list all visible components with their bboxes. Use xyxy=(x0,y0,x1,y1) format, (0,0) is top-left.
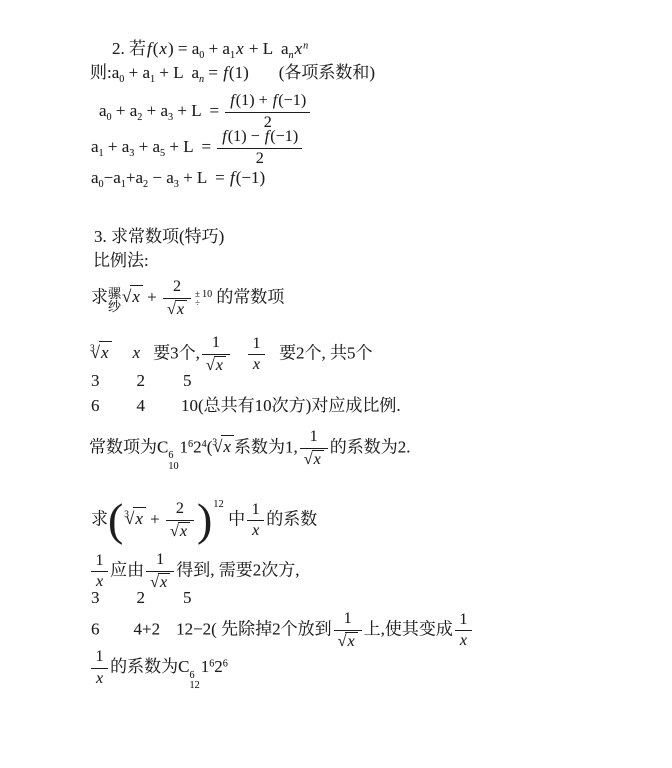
math-text: + L = xyxy=(179,168,229,187)
fraction-numerator: 1 xyxy=(202,334,230,355)
math-text: 1 xyxy=(201,657,210,676)
line-odd-coefficient-sum: a1 + a3 + a5 + L = f(1) − f(−1)2 xyxy=(91,128,304,168)
fraction-numerator: 1 xyxy=(455,611,472,632)
math-radical: √x xyxy=(170,522,190,542)
math-variable: x xyxy=(131,287,141,306)
math-text: +a xyxy=(126,168,143,187)
garbled-glyph: 骡 xyxy=(108,287,121,300)
fraction-denominator: √x xyxy=(166,521,194,542)
math-text: 3 xyxy=(91,588,100,607)
problem1-conclusion: 常数项为C6101624(3√x系数为1,1√x的系数为2. xyxy=(89,428,410,473)
math-text: 1 xyxy=(212,334,220,351)
math-text: − a xyxy=(148,168,174,187)
math-radical: √x xyxy=(122,285,143,307)
problem2-ratio-row-1: 325 xyxy=(91,587,192,608)
math-text: + xyxy=(146,509,164,528)
math-variable: x xyxy=(294,39,304,58)
math-text: 5 xyxy=(183,588,192,607)
fraction-denominator: x xyxy=(248,355,265,375)
math-variable: x xyxy=(215,357,224,374)
math-text: + a xyxy=(104,137,130,156)
radicand: x xyxy=(312,450,324,470)
math-text: 10(总共有10次方)对应成比例. xyxy=(181,396,401,415)
problem1-ratio-row-2: 6410(总共有10次方)对应成比例. xyxy=(91,395,401,416)
fraction-denominator: √x xyxy=(334,631,362,652)
math-sub-superscript: 612 xyxy=(190,671,200,692)
math-fraction: 1x xyxy=(455,611,472,651)
math-text: = xyxy=(204,63,222,82)
problem1-ratio-row-1: 325 xyxy=(91,370,192,391)
math-variable: x xyxy=(459,632,468,649)
math-sub-superscript: 610 xyxy=(168,451,178,472)
math-fraction: f(1) + f(−1)2 xyxy=(225,92,310,132)
paren-content: 3√x + 2√x xyxy=(124,500,196,541)
subscript-part: 10 xyxy=(168,462,178,473)
math-subscript: n xyxy=(289,50,294,61)
math-fraction: 1x xyxy=(248,335,265,375)
math-radical: 3√x xyxy=(90,341,112,363)
line-even-coefficient-sum: a0 + a2 + a3 + L = f(1) + f(−1)2 xyxy=(99,92,312,132)
fraction-denominator: √x xyxy=(300,449,328,470)
math-text: + L = xyxy=(173,101,223,120)
math-variable: x xyxy=(176,301,185,318)
math-text: 2 xyxy=(137,588,146,607)
math-text: 2 xyxy=(214,657,223,676)
math-superscript: 12 xyxy=(213,498,224,511)
math-text: 1 xyxy=(252,335,260,352)
math-text: 12−2( 先除掉2个放到 xyxy=(176,619,332,638)
math-text: a xyxy=(99,101,107,120)
math-text: 5 xyxy=(183,371,192,390)
math-text: 的常数项 xyxy=(212,287,284,306)
math-superscript: 10 xyxy=(202,289,212,300)
fraction-numerator: 1 xyxy=(91,552,108,573)
radicand: x xyxy=(133,507,146,529)
math-text: + a xyxy=(204,39,230,58)
fraction-numerator: f(1) − f(−1) xyxy=(217,128,302,149)
math-text: (各项系数和) xyxy=(279,63,375,82)
math-variable: x xyxy=(235,39,245,58)
fraction-denominator: √x xyxy=(202,355,230,376)
method-label: 比例法: xyxy=(93,250,149,271)
math-text: 1 xyxy=(96,648,104,665)
fraction-denominator: x xyxy=(91,669,108,689)
fraction-numerator: 1 xyxy=(146,551,174,572)
left-paren: ( xyxy=(108,502,123,539)
math-text: + a xyxy=(124,63,150,82)
math-fraction: 2√x xyxy=(166,500,194,541)
fraction-numerator: 1 xyxy=(300,428,328,449)
math-text: + L a xyxy=(245,39,289,58)
math-variable: x xyxy=(251,522,260,539)
radicand: x xyxy=(130,285,143,307)
math-radical: 3√x xyxy=(124,507,146,529)
fraction-numerator: f(1) + f(−1) xyxy=(225,92,310,113)
math-text: 的系数为C xyxy=(110,657,189,676)
math-superscript: n xyxy=(303,40,308,51)
math-text: (−1) xyxy=(278,92,306,109)
math-fraction: 1x xyxy=(91,552,108,592)
fraction-numerator: 1 xyxy=(247,501,264,522)
math-fraction: f(1) − f(−1)2 xyxy=(217,128,302,168)
math-variable: x xyxy=(100,343,110,362)
fraction-numerator: 2 xyxy=(166,500,194,521)
garbled-glyph-stack: 骡纱 xyxy=(108,287,121,313)
math-text: 2 xyxy=(173,278,181,295)
math-text: 3 xyxy=(91,371,100,390)
problem2-ratio-row-2: 64+212−2( 先除掉2个放到1√x上,使其变成1x xyxy=(91,610,474,651)
math-text: 1 xyxy=(344,610,352,627)
math-text: + L = xyxy=(165,137,215,156)
math-text: 1 xyxy=(180,437,189,456)
radicand: x xyxy=(214,356,226,376)
math-variable: x xyxy=(346,633,355,650)
radicand: x xyxy=(221,435,234,457)
math-text: (1) + xyxy=(236,92,272,109)
math-text: 6 xyxy=(91,396,100,415)
math-text: −a xyxy=(104,168,121,187)
math-radical: √x xyxy=(206,356,226,376)
math-text: 的系数为2. xyxy=(330,437,411,456)
math-text: 要3个, xyxy=(153,343,200,362)
fraction-denominator: √x xyxy=(163,299,191,320)
math-text: a xyxy=(91,168,99,187)
fraction-numerator: 1 xyxy=(334,610,362,631)
math-radical: √x xyxy=(304,450,324,470)
line-all-coefficient-sum: 则:a0 + a1 + L an = f(1)(各项系数和) xyxy=(90,62,375,87)
garbled-glyph: 纱 xyxy=(108,300,121,313)
math-fraction: 1√x xyxy=(334,610,362,651)
math-radical: √x xyxy=(167,300,187,320)
math-text: a xyxy=(91,137,99,156)
math-variable: x xyxy=(252,356,261,373)
math-variable: x xyxy=(222,437,232,456)
math-text: (−1) xyxy=(270,128,298,145)
fraction-denominator: x xyxy=(455,631,472,651)
fraction-denominator: x xyxy=(247,521,264,541)
math-text: 常数项为C xyxy=(89,437,168,456)
math-variable: x xyxy=(132,343,142,362)
math-text: ) = a xyxy=(168,39,199,58)
math-text: 6 xyxy=(91,619,100,638)
math-text: 中 xyxy=(224,509,245,528)
radicand: x xyxy=(99,341,112,363)
math-variable: f xyxy=(146,39,153,58)
math-text: 2. 若 xyxy=(112,39,146,58)
math-text: 1 xyxy=(156,551,164,568)
math-text: 应由 xyxy=(110,560,144,579)
math-variable: x xyxy=(313,451,322,468)
problem1-terms-row: 3√xx要3个,1√x1x要2个, 共5个 xyxy=(90,334,373,375)
math-variable: f xyxy=(222,63,229,82)
math-fraction: 2√x xyxy=(163,278,191,319)
math-text: 求 xyxy=(91,287,108,306)
garbled-glyph-stack: ±÷ xyxy=(195,290,200,308)
math-text: 2 xyxy=(256,150,264,167)
math-variable: f xyxy=(229,168,236,187)
radicand: x xyxy=(178,522,190,542)
math-text: 1 xyxy=(459,611,467,628)
scanned-math-notes-page: 2. 若f(x) = a0 + a1x + L anxn 则:a0 + a1 +… xyxy=(0,0,672,768)
math-text: 4+2 xyxy=(134,619,161,638)
fraction-numerator: 1 xyxy=(91,648,108,669)
radicand: x xyxy=(345,632,357,652)
problem2-statement: 求(3√x + 2√x)12 中1x的系数 xyxy=(91,500,317,541)
math-text: 1 xyxy=(310,428,318,445)
math-text: 2 xyxy=(137,371,146,390)
math-text: 2 xyxy=(193,437,202,456)
math-text: 则:a xyxy=(90,63,119,82)
math-text: 4 xyxy=(137,396,146,415)
math-fraction: 1√x xyxy=(300,428,328,469)
math-fraction: 1x xyxy=(247,501,264,541)
math-text: 的系数 xyxy=(266,509,317,528)
subscript-part: 12 xyxy=(190,681,200,692)
math-text: + a xyxy=(142,101,168,120)
math-fraction: 1x xyxy=(91,648,108,688)
math-text: + xyxy=(143,287,161,306)
math-parenthesized-expression: (3√x + 2√x)12 xyxy=(108,500,224,541)
problem2-conclusion: 1x的系数为C6121626 xyxy=(89,648,228,692)
math-variable: x xyxy=(179,523,188,540)
line-coefficient-polynomial-def: 2. 若f(x) = a0 + a1x + L anxn xyxy=(112,38,308,63)
problem1-statement: 求骡纱√x + 2√x±÷10 的常数项 xyxy=(91,278,284,319)
radicand: x xyxy=(175,300,187,320)
math-text: 1 xyxy=(252,501,260,518)
math-radical: 3√x xyxy=(212,435,234,457)
math-fraction: 1√x xyxy=(202,334,230,375)
math-fraction: 1√x xyxy=(146,551,174,592)
fraction-denominator: 2 xyxy=(217,149,302,169)
math-text: + a xyxy=(134,137,160,156)
math-text: 要2个, 共5个 xyxy=(279,343,373,362)
section3-heading: 3. 求常数项(特巧) xyxy=(94,226,224,247)
math-text: 2 xyxy=(176,500,184,517)
math-text: 上,使其变成 xyxy=(364,619,453,638)
math-text: (1) − xyxy=(228,128,264,145)
math-text: (1) xyxy=(229,63,249,82)
math-variable: x xyxy=(95,670,104,687)
math-variable: x xyxy=(134,509,144,528)
problem2-reason: 1x应由1√x得到, 需要2次方, xyxy=(89,551,299,592)
math-text: 系数为1, xyxy=(234,437,298,456)
line-alternating-coefficient-sum: a0−a1+a2 − a3 + L = f(−1) xyxy=(91,167,265,192)
math-text: (−1) xyxy=(236,168,265,187)
right-paren: ) xyxy=(197,502,212,539)
math-text: + L a xyxy=(155,63,199,82)
garbled-glyph: ÷ xyxy=(195,299,200,308)
fraction-numerator: 2 xyxy=(163,278,191,299)
math-text: + a xyxy=(112,101,138,120)
fraction-numerator: 1 xyxy=(248,335,265,356)
math-variable: x xyxy=(158,39,168,58)
math-superscript: 6 xyxy=(223,658,228,669)
math-text: 1 xyxy=(96,552,104,569)
math-text: 得到, 需要2次方, xyxy=(176,560,299,579)
math-text: 求 xyxy=(91,509,108,528)
math-radical: √x xyxy=(338,632,358,652)
